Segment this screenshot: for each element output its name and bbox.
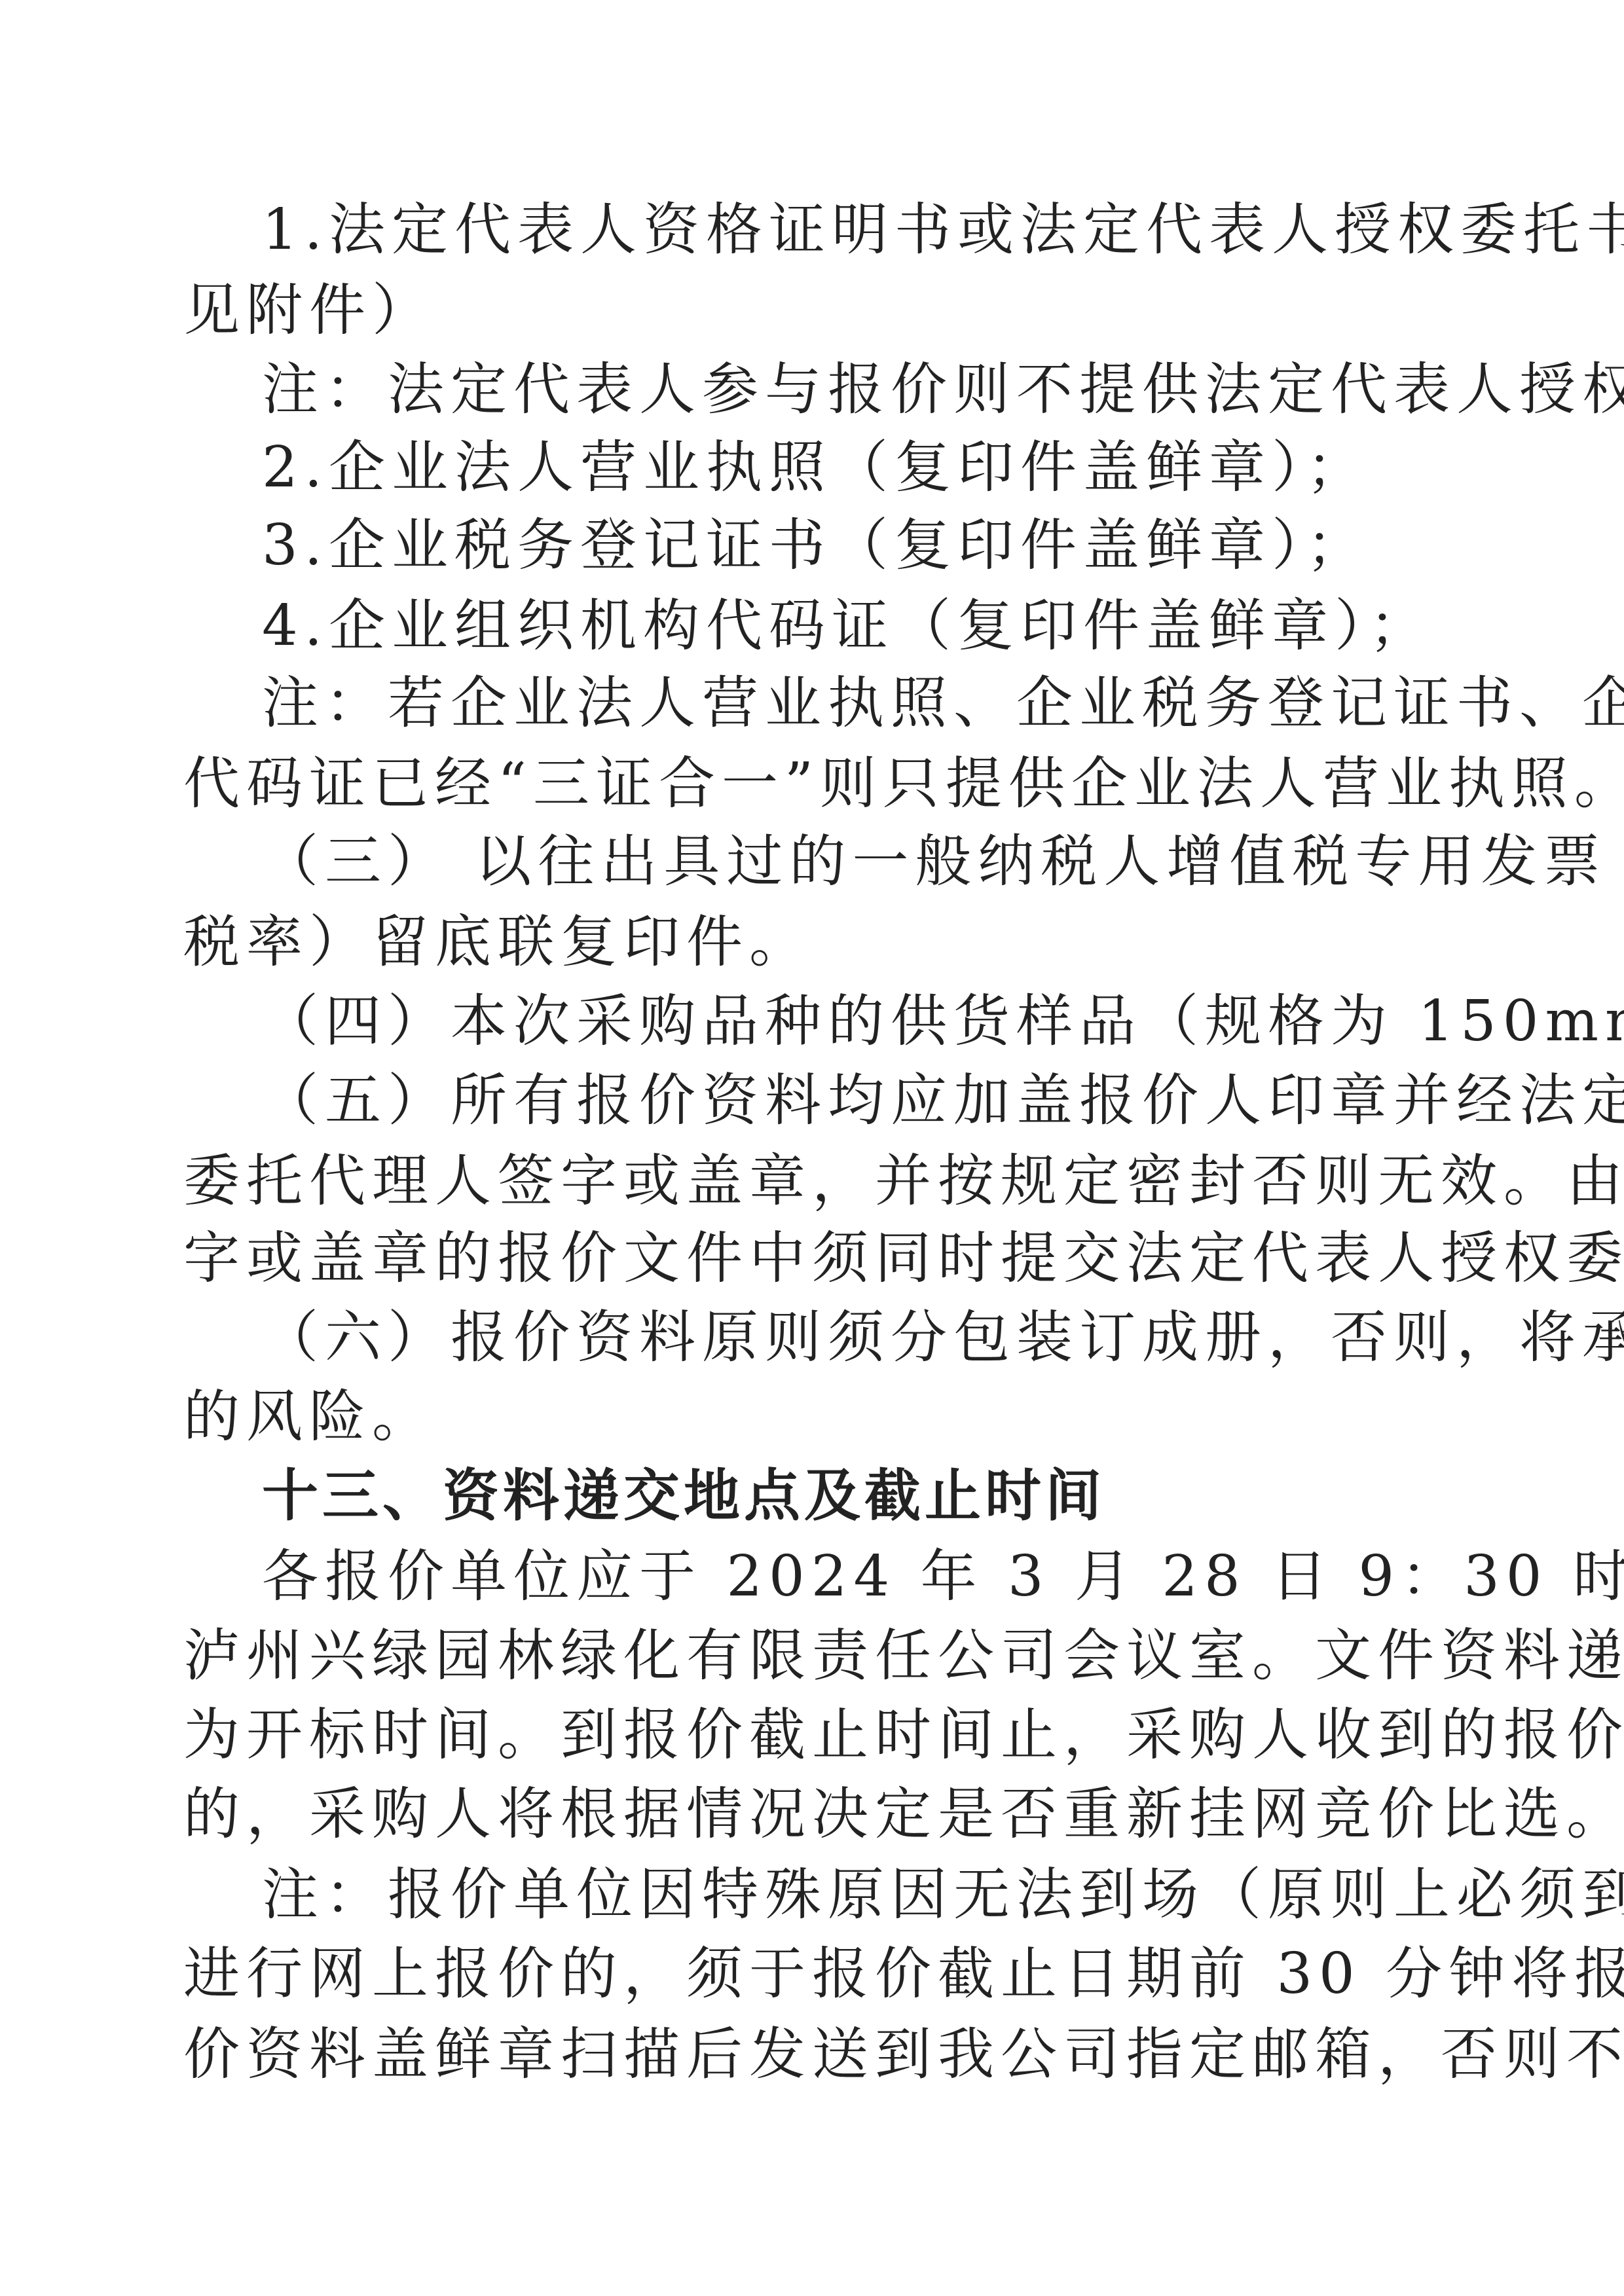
section-heading: 十三、资料递交地点及截止时间	[262, 1457, 1437, 1535]
doc-line-11: （四）本次采购品种的供货样品（规格为 150mm*150mm*30mm）。	[262, 982, 1437, 1061]
section-line-4: 的，采购人将根据情况决定是否重新挂网竞价比选。	[183, 1775, 1437, 1853]
doc-line-13: 委托代理人签字或盖章，并按规定密封否则无效。由委托代理人签	[183, 1142, 1437, 1220]
doc-line-12: （五）所有报价资料均应加盖报价人印章并经法定代表人或其	[262, 1061, 1437, 1140]
section-line-1: 各报价单位应于 2024 年 3 月 28 日 9：30 时前将报价资料送至	[262, 1537, 1437, 1616]
doc-line-15: （六）报价资料原则须分包装订成册，否则，将承担报价无效	[262, 1298, 1437, 1377]
doc-line-7: 注：若企业法人营业执照、企业税务登记证书、企业组织机构	[262, 664, 1437, 742]
section-line-7: 价资料盖鲜章扫描后发送到我公司指定邮箱，否则不予接受。	[183, 2015, 1437, 2094]
section-line-3: 为开标时间。到报价截止时间止，采购人收到的报价文件少于三个	[183, 1696, 1437, 1774]
doc-line-6: 4.企业组织机构代码证（复印件盖鲜章）；	[262, 587, 1437, 665]
doc-line-9: （三） 以往出具过的一般纳税人增值税专用发票（13%或 3%	[262, 822, 1437, 901]
document-page: 1.法定代表人资格证明书或法定代表人授权委托书；（格式详 见附件） 注：法定代表…	[0, 0, 1624, 2296]
doc-line-10: 税率）留底联复印件。	[183, 903, 1437, 981]
doc-line-2: 见附件）	[183, 271, 1437, 350]
doc-line-1: 1.法定代表人资格证明书或法定代表人授权委托书；（格式详	[262, 191, 1437, 269]
doc-line-14: 字或盖章的报价文件中须同时提交法定代表人授权委托书。	[183, 1219, 1437, 1298]
section-line-2: 泸州兴绿园林绿化有限责任公司会议室。文件资料递交截止时间即	[183, 1616, 1437, 1695]
section-line-6: 进行网上报价的，须于报价截止日期前 30 分钟将报价表及相关报	[183, 1935, 1437, 2013]
doc-line-8: 代码证已经“三证合一”则只提供企业法人营业执照。	[183, 744, 1437, 823]
doc-line-16: 的风险。	[183, 1377, 1437, 1456]
section-line-5: 注：报价单位因特殊原因无法到场（原则上必须到场），确需	[262, 1855, 1437, 1934]
doc-line-3: 注：法定代表人参与报价则不提供法定代表人授权委托书。	[262, 350, 1437, 429]
doc-line-4: 2.企业法人营业执照（复印件盖鲜章）；	[262, 428, 1437, 507]
doc-line-5: 3.企业税务登记证书（复印件盖鲜章）；	[262, 506, 1437, 585]
